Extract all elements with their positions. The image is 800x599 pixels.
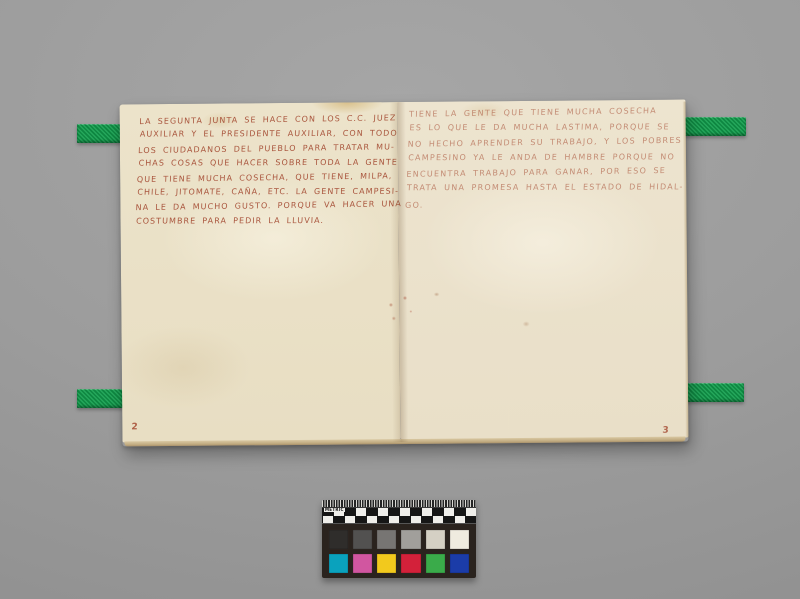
ruler-mm-ticks [322, 500, 476, 508]
book-gutter [390, 102, 409, 442]
ribbon-right-top [684, 117, 746, 136]
swatch-gray-2 [353, 530, 372, 549]
swatch-magenta [353, 554, 372, 573]
swatch-gray-4 [401, 530, 420, 549]
ribbon-left-top [77, 124, 123, 143]
swatch-red [401, 554, 420, 573]
metric-scale-ruler: METRIC [322, 500, 476, 524]
ribbon-left-bottom [77, 389, 123, 408]
swatch-gray-3 [377, 530, 396, 549]
handwriting-right-page: TIENE LA GENTE QUE TIENE MUCHA COSECHA E… [405, 107, 686, 215]
page-number-left: 2 [131, 422, 138, 432]
swatch-cyan [329, 554, 348, 573]
photo-background: LA SEGUNTA JUNTA SE HACE CON LOS C.C. JU… [0, 0, 800, 599]
swatch-green [426, 554, 445, 573]
ruler-label: METRIC [324, 508, 345, 512]
handwritten-line: COSTUMBRE PARA PEDIR LA LLUVIA. [136, 215, 403, 230]
swatch-gray-1 [329, 530, 348, 549]
chart-body [322, 524, 476, 578]
swatch-yellow [377, 554, 396, 573]
swatch-gray-5 [426, 530, 445, 549]
ruler-cm-blocks-top [322, 508, 476, 516]
swatch-blue [450, 554, 469, 573]
color-calibration-chart: METRIC [322, 500, 476, 578]
page-number-right: 3 [662, 426, 669, 436]
handwriting-left-page: LA SEGUNTA JUNTA SE HACE CON LOS C.C. JU… [135, 114, 406, 231]
ribbon-right-bottom [684, 383, 744, 402]
ruler-cm-blocks-bottom [322, 516, 476, 524]
swatch-white [450, 530, 469, 549]
swatch-grid [329, 530, 469, 573]
open-book: LA SEGUNTA JUNTA SE HACE CON LOS C.C. JU… [120, 100, 689, 447]
